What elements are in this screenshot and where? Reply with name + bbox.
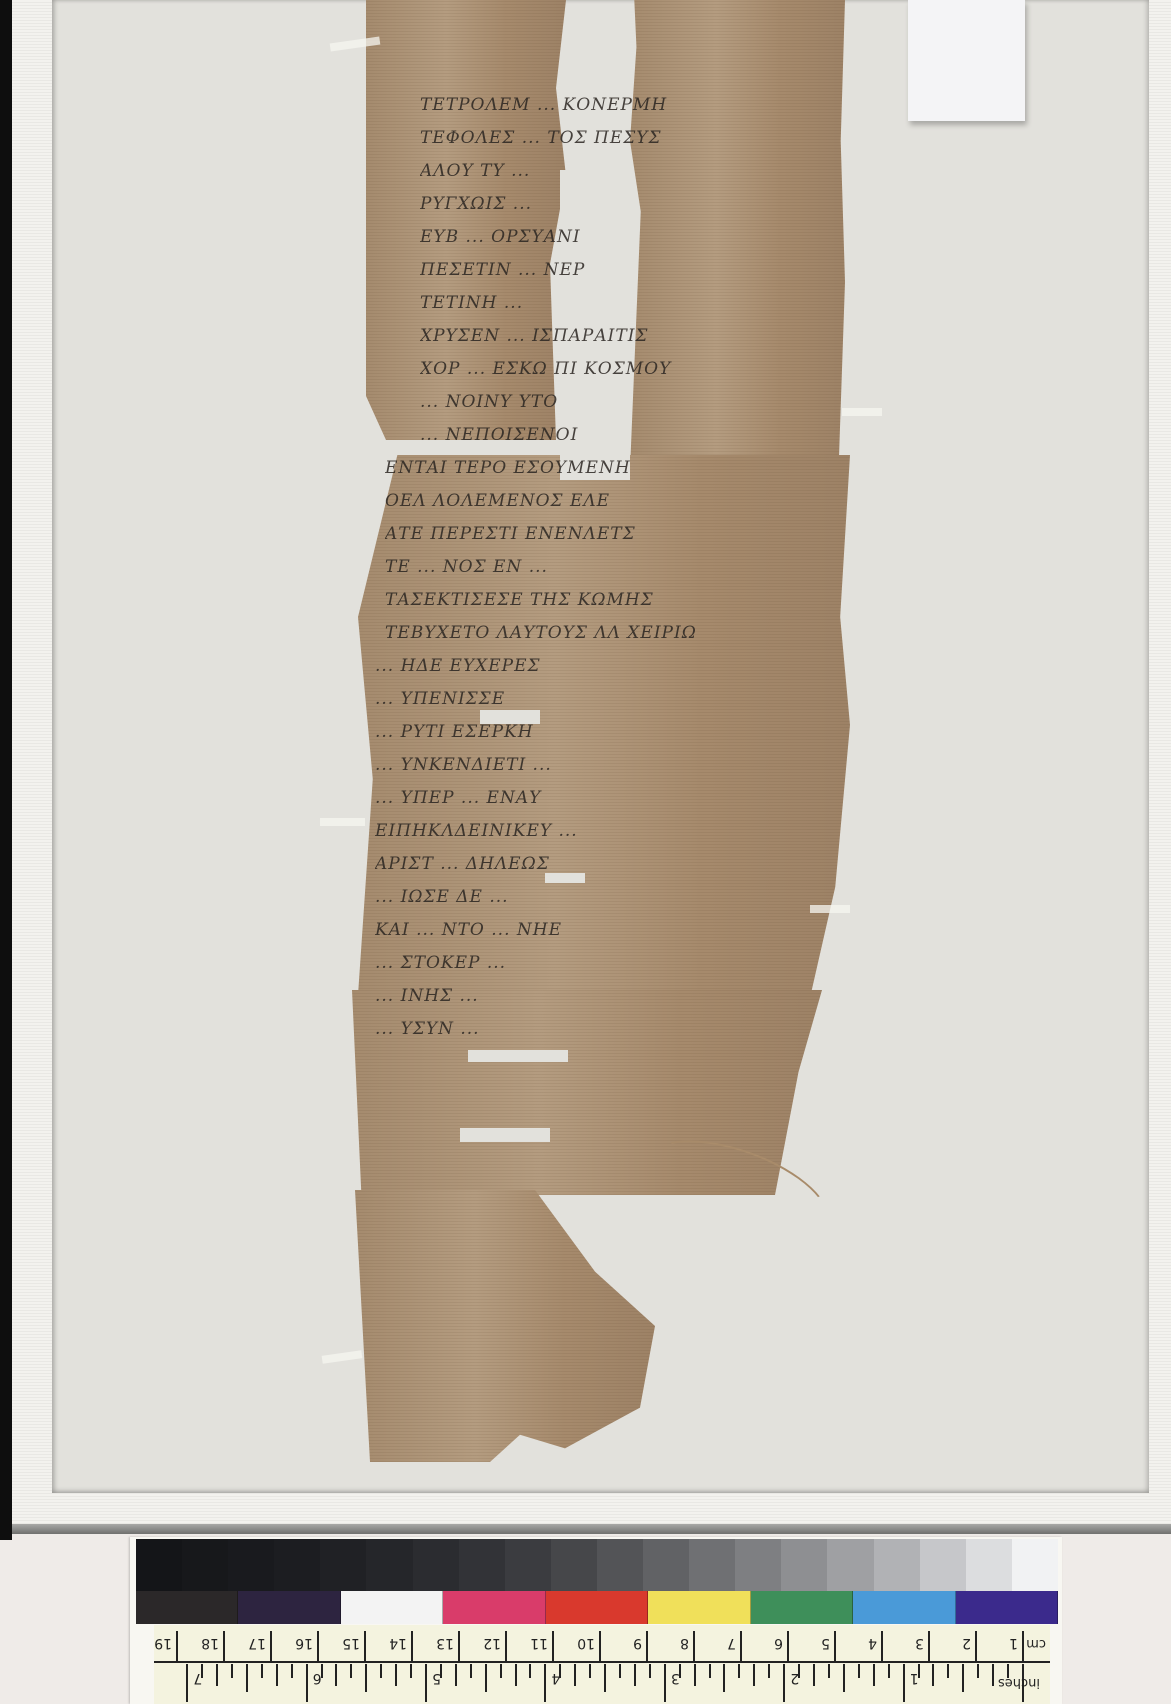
gray-step bbox=[1012, 1539, 1058, 1591]
papyrus-text-line: ΕΥΒ ... ΟΡΣΥΑΝΙ bbox=[420, 227, 840, 247]
inch-number: 2 bbox=[790, 1670, 799, 1686]
cm-number: 1 bbox=[1009, 1635, 1018, 1651]
cm-tick bbox=[364, 1631, 366, 1661]
papyrus-text-line: ΑΛΟΥ ΤΥ ... bbox=[420, 161, 840, 181]
inch-tick bbox=[977, 1664, 979, 1678]
papyrus-text-line: ΕΙΠΗΚΛΔΕΙΝΙΚΕΥ ... bbox=[375, 821, 795, 841]
inch-tick bbox=[619, 1664, 621, 1678]
inch-tick bbox=[962, 1664, 964, 1692]
mounting-strip bbox=[320, 818, 365, 826]
color-patch-dark-violet bbox=[238, 1591, 340, 1624]
cm-number: 4 bbox=[868, 1635, 877, 1651]
papyrus-text-line: ΤΕΤΡΟΛΕΜ ... ΚΟΝΕΡΜΗ bbox=[420, 95, 840, 115]
inch-tick bbox=[992, 1664, 994, 1686]
cm-tick bbox=[834, 1631, 836, 1661]
cm-unit-label: cm bbox=[1026, 1636, 1046, 1651]
inch-tick bbox=[425, 1664, 427, 1702]
inch-tick bbox=[231, 1664, 233, 1678]
cm-scale: cm 12345678910111213141516171819 bbox=[154, 1625, 1050, 1663]
gray-step bbox=[505, 1539, 551, 1591]
papyrus-gap bbox=[460, 1128, 550, 1142]
inch-tick bbox=[932, 1664, 934, 1686]
cm-tick bbox=[458, 1631, 460, 1661]
blank-label-card bbox=[908, 0, 1025, 121]
cm-tick bbox=[646, 1631, 648, 1661]
papyrus-text-line: ... ΗΔΕ ΕΥΧΕΡΕΣ bbox=[375, 656, 795, 676]
inch-tick bbox=[544, 1664, 546, 1702]
gray-step bbox=[597, 1539, 643, 1591]
gray-step bbox=[735, 1539, 781, 1591]
inch-tick bbox=[186, 1664, 188, 1702]
inch-number: 5 bbox=[432, 1670, 441, 1686]
papyrus-text-line: ΡΥΓΧΩΙΣ ... bbox=[420, 194, 840, 214]
papyrus-text-line: ΤΕΒΥΧΕΤΟ ΛΑΥΤΟΥΣ ΛΛ ΧΕΙΡΙΩ bbox=[385, 623, 805, 643]
inch-tick bbox=[276, 1664, 278, 1686]
cm-number: 14 bbox=[389, 1635, 407, 1651]
color-patch-green bbox=[751, 1591, 853, 1624]
gray-step bbox=[274, 1539, 320, 1591]
inch-tick bbox=[604, 1664, 606, 1692]
gray-step bbox=[182, 1539, 228, 1591]
papyrus-text-line: ΑΤΕ ΠΕΡΕΣΤΙ ΕΝΕΝΛΕΤΣ bbox=[385, 524, 805, 544]
cm-number: 9 bbox=[633, 1635, 642, 1651]
inch-tick bbox=[395, 1664, 397, 1686]
papyrus-text-line: ... ΝΟΙΝΥ ΥΤΟ bbox=[420, 392, 840, 412]
inch-tick bbox=[410, 1664, 412, 1678]
inch-tick bbox=[1022, 1664, 1024, 1702]
cm-number: 19 bbox=[154, 1635, 172, 1651]
papyrus-text-line: ... ΥΝΚΕΝΔΙΕΤΙ ... bbox=[375, 755, 795, 775]
cm-tick bbox=[928, 1631, 930, 1661]
papyrus-text-line: ΤΕ ... ΝΟΣ ΕΝ ... bbox=[385, 557, 805, 577]
inch-number: 4 bbox=[551, 1670, 560, 1686]
gray-step bbox=[966, 1539, 1012, 1591]
frame-edge bbox=[0, 0, 12, 1540]
cm-tick bbox=[505, 1631, 507, 1661]
inch-tick bbox=[455, 1664, 457, 1686]
papyrus-text-line: ΧΟΡ ... ΕΣΚΩ ΠΙ ΚΟΣΜΟΥ bbox=[420, 359, 840, 379]
inch-tick bbox=[380, 1664, 382, 1678]
papyrus-text-line: ΠΕΣΕΤΙΝ ... ΝΕΡ bbox=[420, 260, 840, 280]
papyrus-text-line: ΤΕΤΙΝΗ ... bbox=[420, 293, 840, 313]
cm-number: 11 bbox=[530, 1635, 548, 1651]
papyrus-text-line: ΤΕΦΟΛΕΣ ... ΤΟΣ ΠΕΣΥΣ bbox=[420, 128, 840, 148]
papyrus-text-line: ... ΙΩΣΕ ΔΕ ... bbox=[375, 887, 795, 907]
inch-scale: inches 1234567 bbox=[154, 1664, 1050, 1704]
cm-number: 12 bbox=[483, 1635, 501, 1651]
color-patch-white bbox=[341, 1591, 443, 1624]
papyrus-text-line: ΑΡΙΣΤ ... ΔΗΛΕΩΣ bbox=[375, 854, 795, 874]
mounting-strip bbox=[810, 905, 850, 913]
inch-number: 1 bbox=[910, 1670, 919, 1686]
gray-step bbox=[551, 1539, 597, 1591]
papyrus-text-line: ΤΑΣΕΚΤΙΣΕΣΕ ΤΗΣ ΚΩΜΗΣ bbox=[385, 590, 805, 610]
cm-number: 6 bbox=[774, 1635, 783, 1651]
cm-number: 18 bbox=[201, 1635, 219, 1651]
cm-number: 2 bbox=[962, 1635, 971, 1651]
cm-tick bbox=[176, 1631, 178, 1661]
inch-tick bbox=[664, 1664, 666, 1702]
measurement-ruler: cm 12345678910111213141516171819 inches … bbox=[154, 1625, 1050, 1704]
papyrus-text-line: ΕΝΤΑΙ ΤΕΡΟ ΕΣΟΥΜΕΝΗ bbox=[385, 458, 805, 478]
cm-tick bbox=[270, 1631, 272, 1661]
gray-step bbox=[920, 1539, 966, 1591]
cm-tick bbox=[552, 1631, 554, 1661]
inch-tick bbox=[515, 1664, 517, 1686]
papyrus-text-line: ... ΡΥΤΙ ΕΣΕΡΚΗ bbox=[375, 722, 795, 742]
cm-tick bbox=[1022, 1631, 1024, 1661]
cm-number: 7 bbox=[727, 1635, 736, 1651]
gray-step bbox=[781, 1539, 827, 1591]
inch-number: 7 bbox=[193, 1670, 202, 1686]
inch-tick bbox=[574, 1664, 576, 1686]
papyrus-text-line: ... ΙΝΗΣ ... bbox=[375, 986, 795, 1006]
color-patch-yellow bbox=[648, 1591, 750, 1624]
gray-step bbox=[136, 1539, 182, 1591]
inch-tick bbox=[500, 1664, 502, 1678]
inch-tick bbox=[634, 1664, 636, 1686]
inch-tick bbox=[485, 1664, 487, 1692]
cm-tick bbox=[740, 1631, 742, 1661]
papyrus-text-line: ΟΕΛ ΛΟΛΕΜΕΝΟΣ ΕΛΕ bbox=[385, 491, 805, 511]
inch-tick bbox=[529, 1664, 531, 1678]
gray-step bbox=[827, 1539, 873, 1591]
inch-tick bbox=[813, 1664, 815, 1686]
color-patch-magenta bbox=[443, 1591, 545, 1624]
papyrus-text-line: ΚΑΙ ... ΝΤΟ ... ΝΗΕ bbox=[375, 920, 795, 940]
mounting-strip bbox=[842, 408, 882, 416]
gray-step bbox=[413, 1539, 459, 1591]
inch-tick bbox=[589, 1664, 591, 1678]
inch-tick bbox=[783, 1664, 785, 1702]
cm-number: 5 bbox=[821, 1635, 830, 1651]
papyrus-text-line: ... ΥΠΕΡ ... ΕΝΑΥ bbox=[375, 788, 795, 808]
inch-tick bbox=[1007, 1664, 1009, 1678]
cm-tick bbox=[693, 1631, 695, 1661]
cm-number: 15 bbox=[342, 1635, 360, 1651]
color-patch-red bbox=[546, 1591, 648, 1624]
inch-tick bbox=[261, 1664, 263, 1678]
inch-tick bbox=[291, 1664, 293, 1678]
papyrus-text-line: ... ΥΠΕΝΙΣΣΕ bbox=[375, 689, 795, 709]
inch-tick bbox=[649, 1664, 651, 1678]
cm-tick bbox=[881, 1631, 883, 1661]
inch-tick bbox=[947, 1664, 949, 1678]
inch-tick bbox=[694, 1664, 696, 1686]
cm-number: 10 bbox=[577, 1635, 595, 1651]
inch-tick bbox=[843, 1664, 845, 1692]
cm-number: 3 bbox=[915, 1635, 924, 1651]
inch-tick bbox=[768, 1664, 770, 1678]
grayscale-strip bbox=[136, 1539, 1058, 1591]
mat-bottom-bevel bbox=[12, 1524, 1171, 1534]
cm-number: 8 bbox=[680, 1635, 689, 1651]
inch-tick bbox=[828, 1664, 830, 1678]
papyrus-text-line: ... ΣΤΟΚΕΡ ... bbox=[375, 953, 795, 973]
gray-step bbox=[874, 1539, 920, 1591]
cm-tick bbox=[223, 1631, 225, 1661]
gray-step bbox=[366, 1539, 412, 1591]
cm-number: 13 bbox=[436, 1635, 454, 1651]
inch-tick bbox=[365, 1664, 367, 1692]
gray-step bbox=[689, 1539, 735, 1591]
inch-tick bbox=[873, 1664, 875, 1686]
cm-tick bbox=[975, 1631, 977, 1661]
inch-tick bbox=[470, 1664, 472, 1678]
inch-number: 6 bbox=[313, 1670, 322, 1686]
cm-tick bbox=[787, 1631, 789, 1661]
inch-tick bbox=[858, 1664, 860, 1678]
papyrus-text-line: ... ΥΣΥΝ ... bbox=[375, 1019, 795, 1039]
papyrus-text-line: ΧΡΥΣΕΝ ... ΙΣΠΑΡΑΙΤΙΣ bbox=[420, 326, 840, 346]
inch-tick bbox=[709, 1664, 711, 1678]
cm-tick bbox=[317, 1631, 319, 1661]
inch-tick bbox=[738, 1664, 740, 1678]
cm-tick bbox=[411, 1631, 413, 1661]
gray-step bbox=[228, 1539, 274, 1591]
papyrus-text-line: ... ΝΕΠΟΙΣΕΝΟΙ bbox=[420, 425, 840, 445]
papyrus-gap bbox=[468, 1050, 568, 1062]
color-patch-purple bbox=[956, 1591, 1058, 1624]
color-patch-black bbox=[136, 1591, 238, 1624]
gray-step bbox=[459, 1539, 505, 1591]
color-calibration-card: cm 12345678910111213141516171819 inches … bbox=[130, 1537, 1062, 1704]
inch-tick bbox=[753, 1664, 755, 1686]
inch-tick bbox=[888, 1664, 890, 1678]
papyrus-gap bbox=[545, 873, 585, 883]
inch-tick bbox=[903, 1664, 905, 1702]
inch-tick bbox=[216, 1664, 218, 1686]
inch-tick bbox=[724, 1664, 726, 1692]
cm-number: 16 bbox=[295, 1635, 313, 1651]
cm-tick bbox=[599, 1631, 601, 1661]
inch-tick bbox=[335, 1664, 337, 1686]
color-patch-cyan-blue bbox=[853, 1591, 955, 1624]
gray-step bbox=[320, 1539, 366, 1591]
inch-tick bbox=[350, 1664, 352, 1678]
inch-unit-label: inches bbox=[998, 1675, 1040, 1690]
cm-number: 17 bbox=[248, 1635, 266, 1651]
inch-number: 3 bbox=[671, 1670, 680, 1686]
inch-tick bbox=[306, 1664, 308, 1702]
gray-step bbox=[643, 1539, 689, 1591]
color-patch-strip bbox=[136, 1591, 1058, 1624]
inch-tick bbox=[246, 1664, 248, 1692]
